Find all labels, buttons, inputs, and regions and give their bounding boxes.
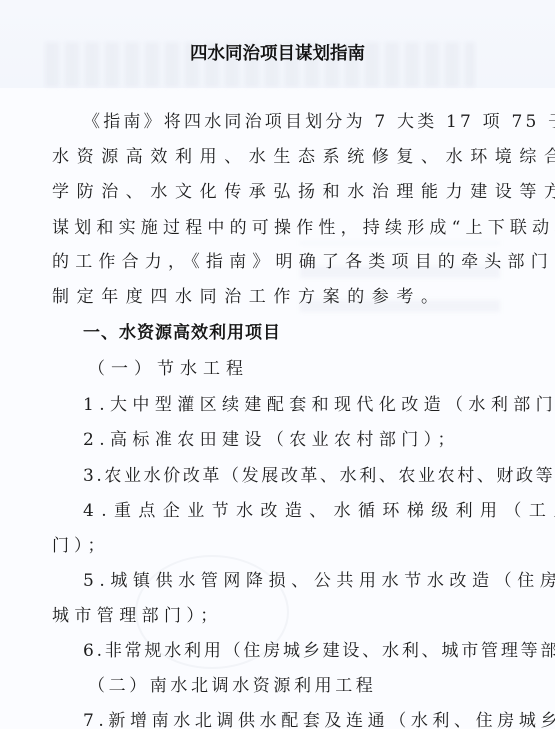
list-item: 1.大中型灌区续建配套和现代化改造（水利部门）；	[83, 395, 555, 415]
document-title: 四水同治项目谋划指南	[0, 40, 555, 65]
section-heading: 一、水资源高效利用项目	[83, 323, 281, 343]
list-item: 7.新增南水北调供水配套及连通（水利、住房城乡建设等部	[83, 711, 555, 729]
paragraph-line: 水资源高效利用、水生态系统修复、水环境综合治理、水灾害科	[52, 147, 555, 167]
list-item-continuation: 门）；	[52, 536, 110, 556]
list-item-continuation: 城市管理部门）；	[52, 606, 223, 626]
list-item: 4.重点企业节水改造、水循环梯级利用（工业和信息化部	[83, 501, 555, 521]
paragraph-line: 《指南》将四水同治项目划分为 7 大类 17 项 75 子项，涵盖	[83, 112, 555, 132]
paragraph-line: 学防治、水文化传承弘扬和水治理能力建设等方面。为增强项目	[52, 182, 555, 202]
subsection-heading: （一）节水工程	[88, 359, 249, 379]
subsection-heading: （二）南水北调水资源利用工程	[88, 676, 376, 696]
list-item: 3.农业水价改革（发展改革、水利、农业农村、财政等部门）；	[83, 466, 555, 486]
list-item: 2.高标准农田建设（农业农村部门）；	[83, 430, 460, 450]
paragraph-line: 制定年度四水同治工作方案的参考。	[52, 287, 446, 307]
list-item: 6.非常规水利用（住房城乡建设、水利、城市管理等部门）；	[83, 641, 555, 661]
paragraph-line: 谋划和实施过程中的可操作性，持续形成“上下联动、部门统筹”	[52, 218, 555, 238]
paragraph-line: 的工作合力，《指南》明确了各类项目的牵头部门，可作为各地	[52, 252, 555, 272]
list-item: 5.城镇供水管网降损、公共用水节水改造（住房城乡建设、	[83, 571, 555, 591]
